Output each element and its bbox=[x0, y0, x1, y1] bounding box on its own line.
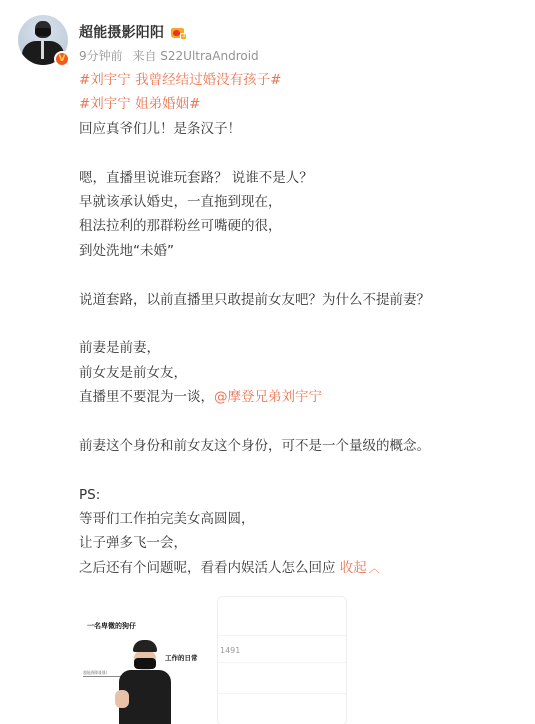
media-thumbnail[interactable]: 一名卑微的狗仔 超能摄影阳阳 工作的日常 bbox=[79, 596, 209, 724]
thumbnail-subtitle: 工作的日常 bbox=[165, 653, 198, 662]
mention-link[interactable]: @摩登兄弟刘宇宁 bbox=[214, 389, 322, 405]
post-meta: 9分钟前 来自 S22UltraAndroid bbox=[79, 47, 259, 63]
post-content: #刘宇宁 我曾经结过婚没有孩子# #刘宇宁 姐弟婚姻# 回应真爷们儿！是条汉子！… bbox=[79, 68, 519, 580]
topic-link[interactable]: #刘宇宁 我曾经结过婚没有孩子# bbox=[79, 72, 281, 88]
text-line: 等哥们工作拍完美女高圆圆， bbox=[79, 507, 519, 531]
post-time[interactable]: 9分钟前 bbox=[79, 49, 123, 63]
media-thumbnail[interactable]: 1491 bbox=[217, 596, 347, 724]
text-line: 早就该承认婚史，一直拖到现在， bbox=[79, 190, 519, 214]
text-line: 租法拉利的那群粉丝可嘴硬的很， bbox=[79, 214, 519, 238]
text-line: 前妻是前妻， bbox=[79, 336, 519, 360]
text-line: 嗯，直播里说谁玩套路？ 说谁不是人？ bbox=[79, 166, 519, 190]
text-line: 到处洗地“未婚” bbox=[79, 239, 519, 263]
topic-link[interactable]: #刘宇宁 姐弟婚姻# bbox=[79, 96, 200, 112]
text-segment: 之后还有个问题呢，看看内娱活人怎么回应 bbox=[79, 560, 340, 576]
thumbnail-caption: 一名卑微的狗仔 bbox=[87, 621, 136, 631]
media-grid: 一名卑微的狗仔 超能摄影阳阳 工作的日常 1491 bbox=[79, 596, 347, 724]
post-source: 来自 S22UltraAndroid bbox=[132, 49, 258, 63]
fan-level-crown-icon[interactable]: 3 bbox=[170, 25, 186, 39]
thumbnail-count: 1491 bbox=[220, 646, 240, 655]
text-line: PS: bbox=[79, 483, 519, 507]
text-line: 之后还有个问题呢，看看内娱活人怎么回应 收起︿ bbox=[79, 556, 519, 580]
verified-badge-icon: V bbox=[54, 51, 70, 67]
text-segment: 直播里不要混为一谈， bbox=[79, 389, 214, 405]
text-line: 直播里不要混为一谈，@摩登兄弟刘宇宁 bbox=[79, 385, 519, 409]
avatar[interactable]: V bbox=[18, 15, 70, 67]
text-line: 前女友是前女友， bbox=[79, 361, 519, 385]
text-line: 前妻这个身份和前女友这个身份，可不是一个量级的概念。 bbox=[79, 434, 519, 458]
collapse-button[interactable]: 收起︿ bbox=[340, 560, 380, 576]
text-line: 回应真爷们儿！是条汉子！ bbox=[79, 117, 519, 141]
post-header: 超能摄影阳阳 3 9分钟前 来自 S22UltraAndroid bbox=[79, 22, 259, 63]
text-line: 说道套路，以前直播里只敢提前女友吧？为什么不提前妻？ bbox=[79, 288, 519, 312]
chevron-up-icon: ︿ bbox=[369, 557, 380, 581]
author-name[interactable]: 超能摄影阳阳 bbox=[79, 22, 164, 42]
text-line: 让子弹多飞一会， bbox=[79, 531, 519, 555]
